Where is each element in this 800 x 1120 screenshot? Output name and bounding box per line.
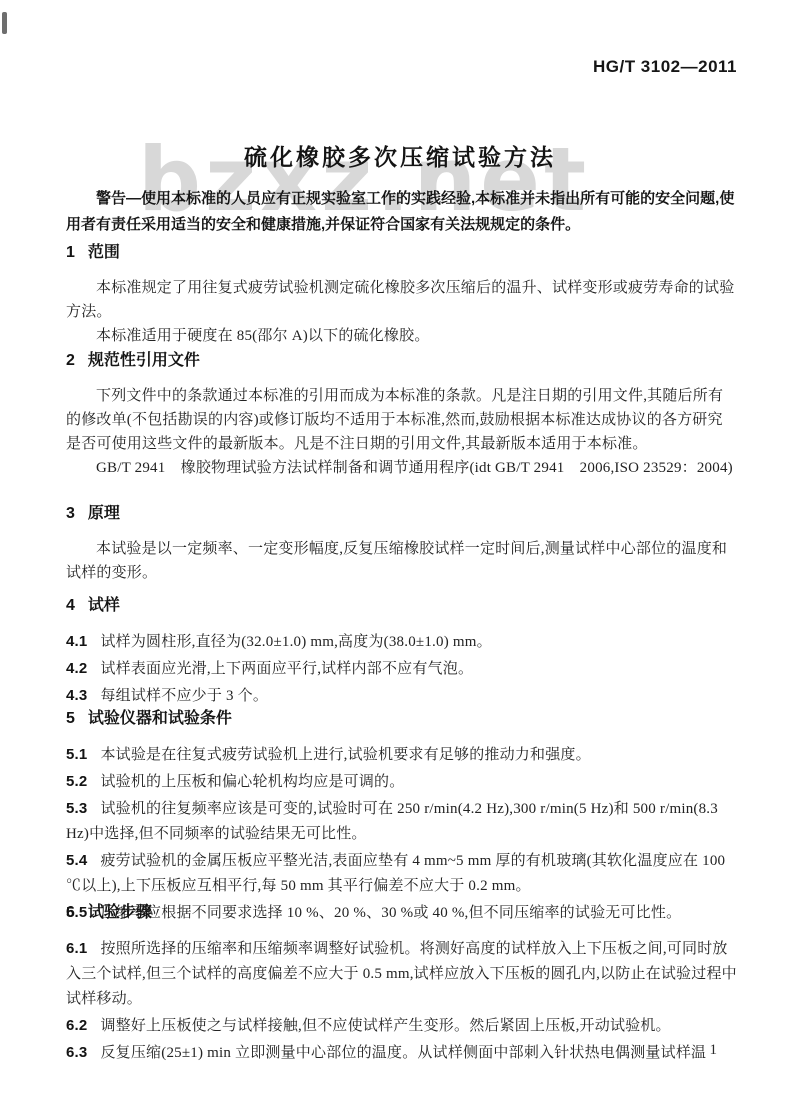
- clause-number: 5.4: [66, 852, 87, 869]
- section-heading: 2规范性引用文件: [66, 351, 737, 371]
- clause-number: 4.2: [66, 660, 87, 677]
- section-heading: 3原理: [66, 504, 737, 524]
- section-number: 1: [66, 243, 75, 263]
- section-title: 原理: [88, 505, 120, 522]
- clause: 4.3每组试样不应少于 3 个。: [66, 683, 737, 709]
- page-number: 1: [66, 1042, 737, 1059]
- body-paragraph: GB/T 2941 橡胶物理试验方法试样制备和调节通用程序(idt GB/T 2…: [66, 456, 737, 480]
- section-principle: 3原理 本试验是以一定频率、一定变形幅度,反复压缩橡胶试样一定时间后,测量试样中…: [66, 504, 737, 585]
- clause-text: 疲劳试验机的金属压板应平整光洁,表面应垫有 4 mm~5 mm 厚的有机玻璃(其…: [66, 853, 725, 894]
- section-heading: 5试验仪器和试验条件: [66, 709, 737, 729]
- warning-paragraph: 警告—使用本标准的人员应有正规实验室工作的实践经验,本标准并未指出所有可能的安全…: [66, 186, 737, 238]
- clause-number: 6.1: [66, 940, 87, 957]
- clause-text: 调整好上压板使之与试样接触,但不应使试样产生变形。然后紧固上压板,开动试验机。: [100, 1018, 670, 1034]
- body-paragraph: 本试验是以一定频率、一定变形幅度,反复压缩橡胶试样一定时间后,测量试样中心部位的…: [66, 537, 737, 585]
- clause: 5.4疲劳试验机的金属压板应平整光洁,表面应垫有 4 mm~5 mm 厚的有机玻…: [66, 848, 737, 899]
- section-number: 5: [66, 709, 75, 729]
- section-number: 2: [66, 351, 75, 371]
- clause: 4.1试样为圆柱形,直径为(32.0±1.0) mm,高度为(38.0±1.0)…: [66, 629, 737, 655]
- clause-text: 试样为圆柱形,直径为(32.0±1.0) mm,高度为(38.0±1.0) mm…: [100, 634, 491, 650]
- section-scope: 1范围 本标准规定了用往复式疲劳试验机测定硫化橡胶多次压缩后的温升、试样变形或疲…: [66, 243, 737, 348]
- section-number: 6: [66, 903, 75, 923]
- clause: 6.1按照所选择的压缩率和压缩频率调整好试验机。将测好高度的试样放入上下压板之间…: [66, 936, 737, 1012]
- section-title: 试验步骤: [88, 904, 152, 921]
- body-paragraph: 下列文件中的条款通过本标准的引用而成为本标准的条款。凡是注日期的引用文件,其随后…: [66, 384, 737, 456]
- section-normative-references: 2规范性引用文件 下列文件中的条款通过本标准的引用而成为本标准的条款。凡是注日期…: [66, 351, 737, 480]
- clause: 5.1本试验是在往复式疲劳试验机上进行,试验机要求有足够的推动力和强度。: [66, 742, 737, 768]
- section-number: 4: [66, 596, 75, 616]
- section-apparatus-conditions: 5试验仪器和试验条件 5.1本试验是在往复式疲劳试验机上进行,试验机要求有足够的…: [66, 709, 737, 927]
- section-title: 规范性引用文件: [88, 352, 200, 369]
- clause: 6.2调整好上压板使之与试样接触,但不应使试样产生变形。然后紧固上压板,开动试验…: [66, 1013, 737, 1039]
- section-heading: 6试验步骤: [66, 903, 737, 923]
- clause-text: 按照所选择的压缩率和压缩频率调整好试验机。将测好高度的试样放入上下压板之间,可同…: [66, 941, 737, 1007]
- clause-text: 每组试样不应少于 3 个。: [100, 688, 268, 704]
- document-title: 硫化橡胶多次压缩试验方法: [0, 139, 800, 172]
- body-paragraph: 本标准适用于硬度在 85(邵尔 A)以下的硫化橡胶。: [66, 324, 737, 348]
- clause: 5.3试验机的往复频率应该是可变的,试验时可在 250 r/min(4.2 Hz…: [66, 796, 737, 847]
- section-number: 3: [66, 504, 75, 524]
- section-title: 试样: [88, 597, 120, 614]
- clause-text: 试验机的往复频率应该是可变的,试验时可在 250 r/min(4.2 Hz),3…: [66, 801, 718, 842]
- clause-number: 4.3: [66, 687, 87, 704]
- clause-number: 4.1: [66, 633, 87, 650]
- document-page: bzxz.net HG/T 3102—2011 硫化橡胶多次压缩试验方法 警告—…: [0, 0, 800, 1120]
- standard-code: HG/T 3102—2011: [66, 57, 737, 77]
- clause: 5.2试验机的上压板和偏心轮机构均应是可调的。: [66, 769, 737, 795]
- clause-number: 5.1: [66, 746, 87, 763]
- clause-number: 5.3: [66, 800, 87, 817]
- scan-edge-artifact: [2, 12, 7, 34]
- section-title: 范围: [88, 244, 120, 261]
- clause-text: 本试验是在往复式疲劳试验机上进行,试验机要求有足够的推动力和强度。: [100, 747, 590, 763]
- clause-number: 5.2: [66, 773, 87, 790]
- clause-text: 试样表面应光滑,上下两面应平行,试样内部不应有气泡。: [100, 661, 473, 677]
- clause: 4.2试样表面应光滑,上下两面应平行,试样内部不应有气泡。: [66, 656, 737, 682]
- section-specimen: 4试样 4.1试样为圆柱形,直径为(32.0±1.0) mm,高度为(38.0±…: [66, 596, 737, 710]
- section-heading: 1范围: [66, 243, 737, 263]
- clause-number: 6.2: [66, 1017, 87, 1034]
- body-paragraph: 本标准规定了用往复式疲劳试验机测定硫化橡胶多次压缩后的温升、试样变形或疲劳寿命的…: [66, 276, 737, 324]
- section-heading: 4试样: [66, 596, 737, 616]
- section-title: 试验仪器和试验条件: [88, 710, 232, 727]
- clause-text: 试验机的上压板和偏心轮机构均应是可调的。: [100, 774, 404, 790]
